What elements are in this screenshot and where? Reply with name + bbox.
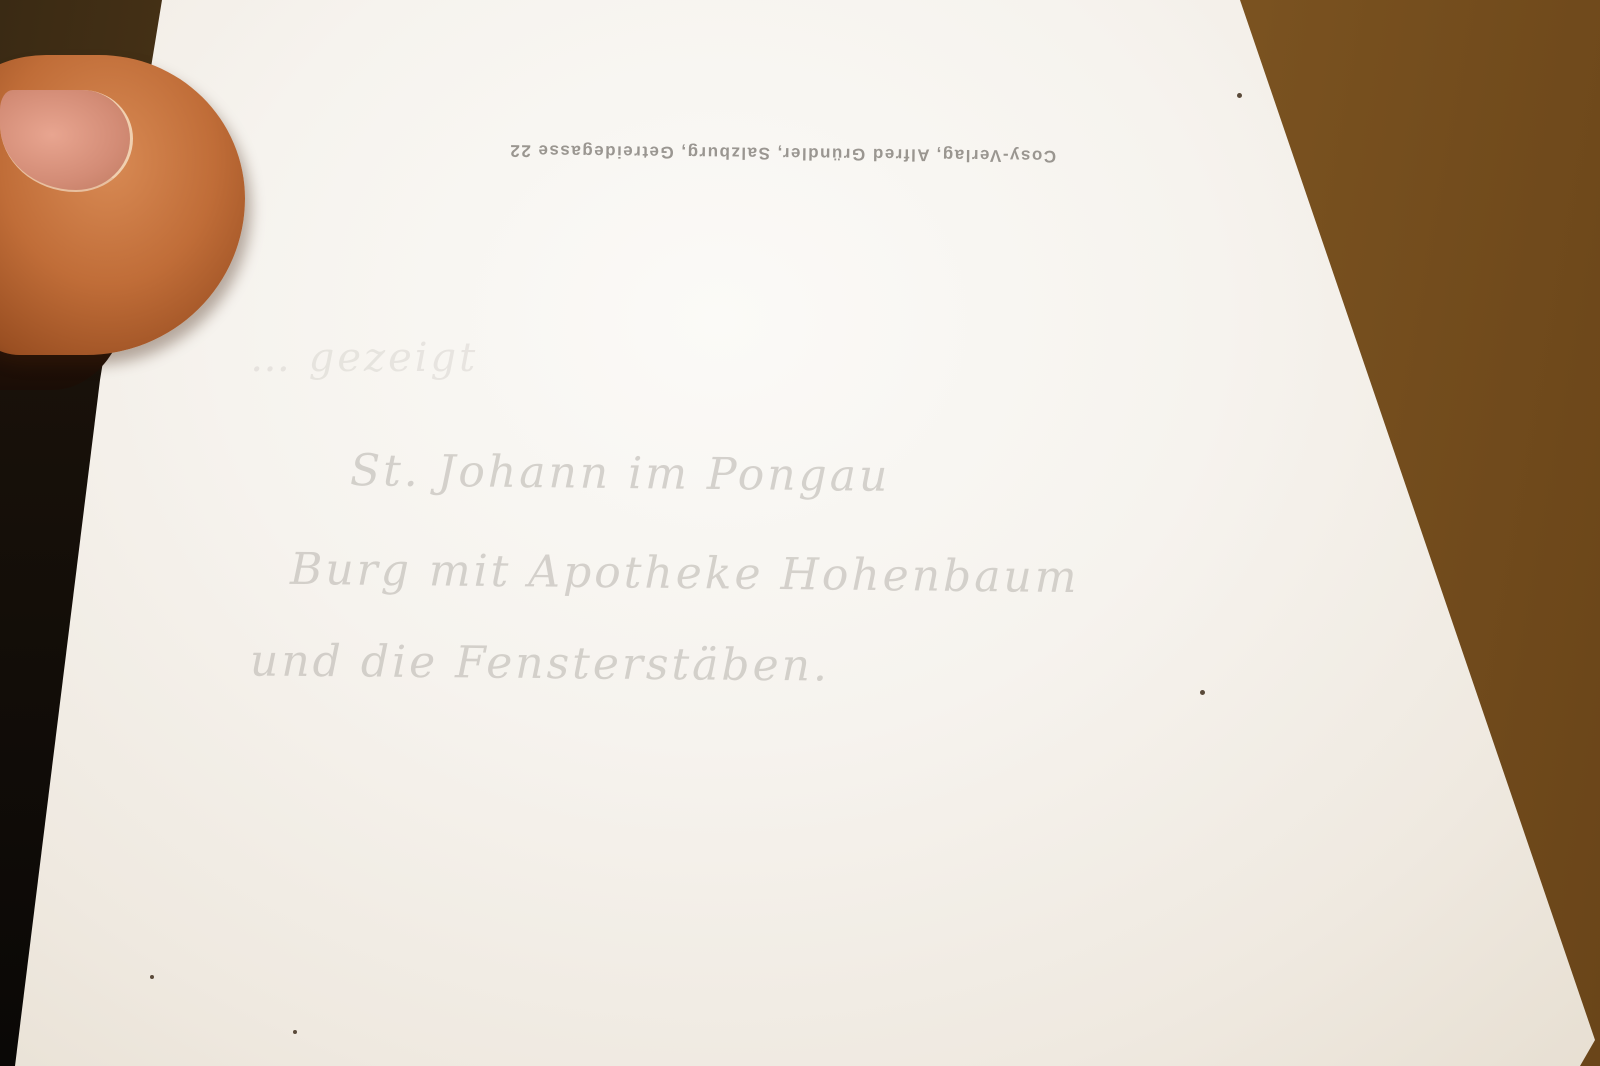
paper-speck <box>1237 93 1242 98</box>
handwriting-line-1: St. Johann im Pongau <box>350 445 891 502</box>
publisher-imprint: Cosy-Verlag, Alfred Gründler, Salzburg, … <box>380 139 1185 167</box>
thumbnail <box>0 90 133 192</box>
paper-speck <box>1200 690 1205 695</box>
paper-speck <box>293 1030 297 1034</box>
handwriting-line-0: … gezeigt <box>250 335 478 381</box>
handwriting-line-2: Burg mit Apotheke Hohenbaum <box>290 544 1080 603</box>
photo-scene: Cosy-Verlag, Alfred Gründler, Salzburg, … <box>0 0 1600 1066</box>
paper-speck <box>150 975 154 979</box>
handwriting-line-3: und die Fensterstäben. <box>250 635 830 691</box>
